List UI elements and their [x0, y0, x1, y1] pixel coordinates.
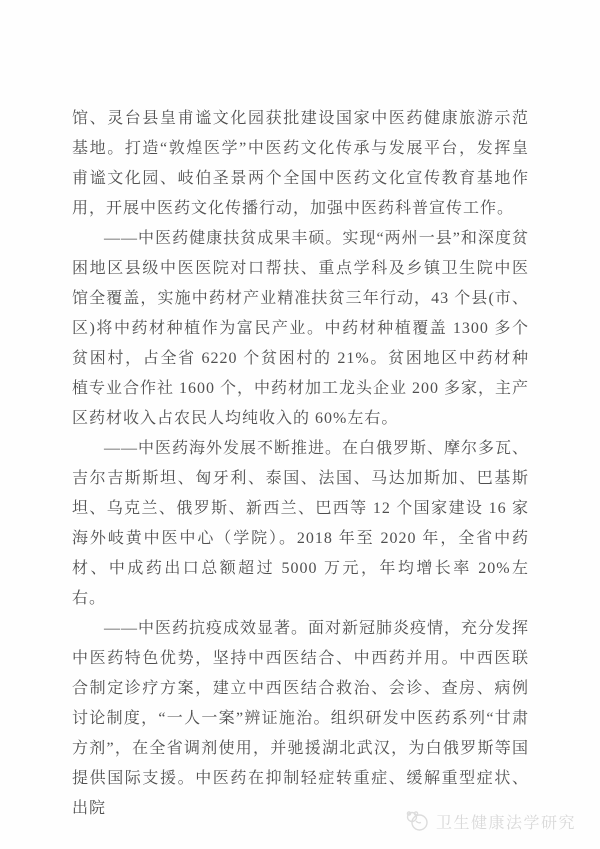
- watermark: 卫生健康法学研究: [405, 809, 576, 833]
- document-page: 馆、灵台县皇甫谧文化园获批建设国家中医药健康旅游示范基地。打造“敦煌医学”中医药…: [0, 0, 600, 849]
- watermark-label: 卫生健康法学研究: [436, 810, 576, 833]
- paragraph-overseas-development: ——中医药海外发展不断推进。在白俄罗斯、摩尔多瓦、吉尔吉斯斯坦、匈牙利、泰国、法…: [72, 434, 529, 614]
- paragraph-health-poverty-alleviation: ——中医药健康扶贫成果丰硕。实现“两州一县”和深度贫困地区县级中医医院对口帮扶、…: [72, 224, 529, 434]
- document-body-text: 馆、灵台县皇甫谧文化园获批建设国家中医药健康旅游示范基地。打造“敦煌医学”中医药…: [72, 104, 529, 824]
- paragraph-culture-continuation: 馆、灵台县皇甫谧文化园获批建设国家中医药健康旅游示范基地。打造“敦煌医学”中医药…: [72, 104, 529, 224]
- paragraph-epidemic-response: ——中医药抗疫成效显著。面对新冠肺炎疫情，充分发挥中医药特色优势，坚持中西医结合…: [72, 614, 529, 824]
- watermark-panda-logo-icon: [405, 809, 431, 833]
